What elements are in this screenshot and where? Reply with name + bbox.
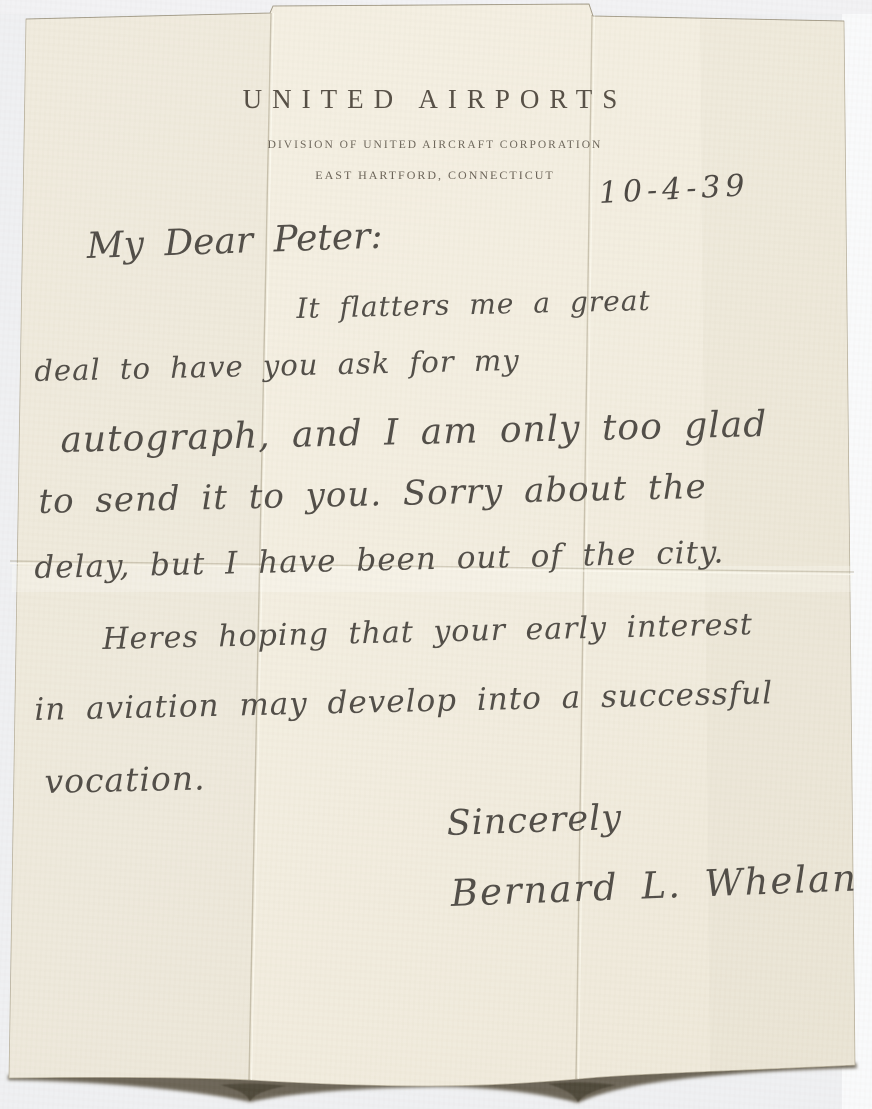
closing: Sincerely — [446, 798, 623, 844]
letterhead-company-name: UNITED AIRPORTS — [24, 84, 846, 115]
letterhead: UNITED AIRPORTS DIVISION OF UNITED AIRCR… — [24, 84, 846, 183]
letterhead-division-line: DIVISION OF UNITED AIRCRAFT CORPORATION — [24, 139, 846, 151]
letter-photo: UNITED AIRPORTS DIVISION OF UNITED AIRCR… — [0, 0, 872, 1109]
body-line: vocation. — [44, 758, 206, 801]
